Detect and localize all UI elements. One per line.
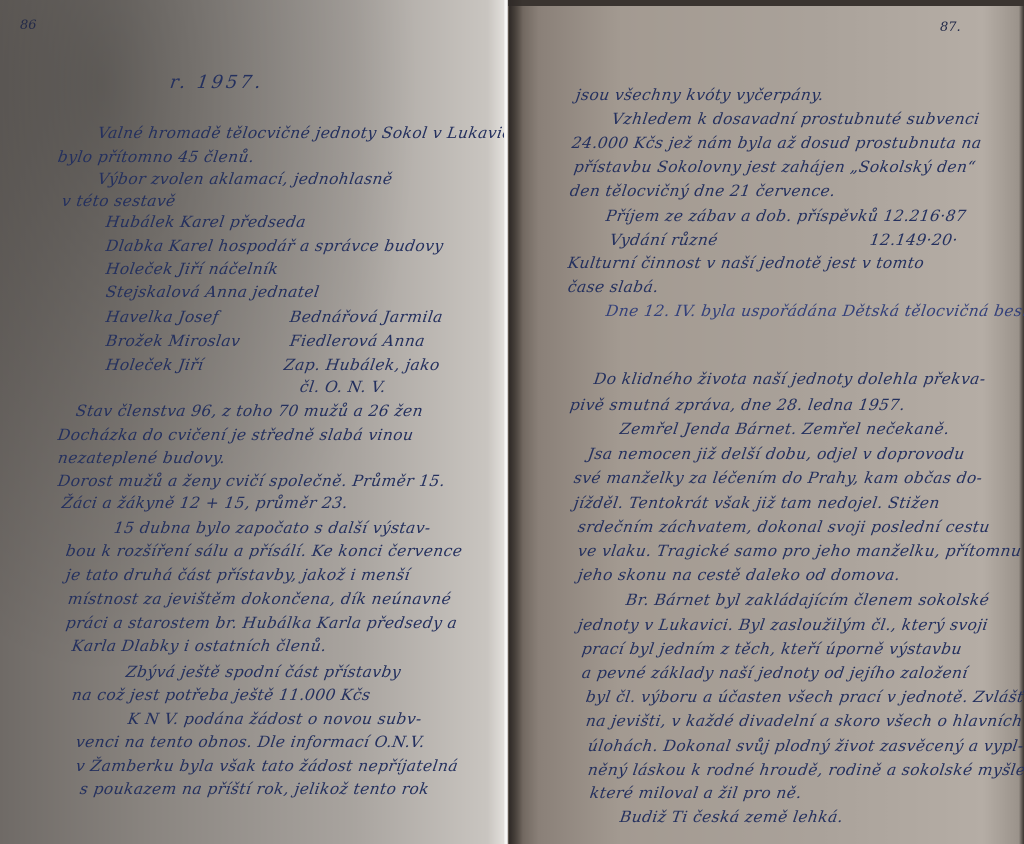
- handwritten-line: prací byl jedním z těch, kteří úporně vý…: [581, 640, 964, 658]
- handwritten-line: den tělocvičný dne 21 července.: [569, 182, 837, 200]
- handwritten-line: přístavbu Sokolovny jest zahájen „Sokols…: [573, 158, 977, 176]
- handwritten-line: Kulturní činnost v naší jednotě jest v t…: [567, 254, 926, 272]
- handwritten-line: Stav členstva 96, z toho 70 mužů a 26 že…: [75, 402, 425, 420]
- handwritten-line: a pevné základy naší jednoty od jejího z…: [581, 664, 969, 682]
- committee-member: Holeček Jiří: [105, 356, 205, 374]
- handwritten-line: Žáci a žákyně 12 + 15, průměr 23.: [61, 494, 349, 512]
- handwritten-line: bou k rozšíření sálu a přísálí. Ke konci…: [65, 542, 464, 560]
- committee-member: Bednářová Jarmila: [289, 308, 444, 326]
- handwritten-line: jížděl. Tentokrát však již tam nedojel. …: [573, 494, 941, 512]
- committee-member: Dlabka Karel hospodář a správce budovy: [105, 237, 445, 255]
- handwritten-line: Dorost mužů a ženy cvičí společně. Průmě…: [57, 472, 447, 490]
- handwritten-line: srdečním záchvatem, dokonal svoji posled…: [577, 518, 991, 536]
- handwritten-line: Do klidného života naší jednoty dolehla …: [593, 370, 987, 388]
- handwritten-line: v Žamberku byla však tato žádost nepříja…: [75, 757, 460, 775]
- handwritten-line: je tato druhá část přístavby, jakož i me…: [65, 566, 412, 584]
- handwritten-line: na jevišti, v každé divadelní a skoro vš…: [585, 712, 1024, 730]
- committee-member: Stejskalová Anna jednatel: [105, 283, 321, 301]
- notebook-spread: 86 r. 1957. Valné hromadě tělocvičné jed…: [0, 0, 1024, 844]
- handwritten-line: Br. Bárnet byl zakládajícím členem sokol…: [625, 591, 991, 609]
- committee-member: Havelka Josef: [105, 308, 220, 326]
- handwritten-line: Docházka do cvičení je středně slabá vin…: [57, 426, 415, 444]
- page-number-right: 87.: [940, 20, 961, 35]
- handwritten-line: v této sestavě: [61, 192, 177, 210]
- handwritten-line: s poukazem na příští rok, jelikož tento …: [79, 780, 431, 798]
- committee-member: Fiedlerová Anna: [289, 332, 427, 350]
- page-number-left: 86: [20, 18, 37, 33]
- handwritten-line: nezateplené budovy.: [57, 449, 227, 467]
- committee-member: Brožek Miroslav: [105, 332, 242, 350]
- handwritten-line: jeho skonu na cestě daleko od domova.: [577, 566, 902, 584]
- handwritten-line: Zemřel Jenda Bárnet. Zemřel nečekaně.: [619, 420, 951, 438]
- handwritten-line: Jsa nemocen již delší dobu, odjel v dopr…: [587, 445, 966, 463]
- committee-member: Holeček Jiří náčelník: [105, 260, 280, 278]
- page-gutter-shadow: [509, 0, 523, 844]
- handwritten-line: Karla Dlabky i ostatních členů.: [71, 637, 328, 655]
- handwritten-line: Valné hromadě tělocvičné jednoty Sokol v…: [97, 124, 508, 142]
- expenses-label: Vydání různé: [609, 231, 719, 249]
- handwritten-line: Vzhledem k dosavadní prostubnuté subvenc…: [611, 110, 981, 128]
- handwritten-line: na což jest potřeba ještě 11.000 Kčs: [71, 686, 372, 704]
- handwritten-line: své manželky za léčením do Prahy, kam ob…: [573, 469, 984, 487]
- handwritten-line: jsou všechny kvóty vyčerpány.: [575, 86, 825, 104]
- left-page: 86 r. 1957. Valné hromadě tělocvičné jed…: [0, 0, 508, 844]
- handwritten-line: úlohách. Dokonal svůj plodný život zasvě…: [587, 737, 1024, 755]
- committee-member: Zap. Hubálek, jako: [283, 356, 441, 374]
- handwritten-line: K N V. podána žádost o novou subv-: [127, 710, 423, 728]
- handwritten-line: něný láskou k rodné hroudě, rodině a sok…: [587, 761, 1024, 779]
- handwritten-line: jednoty v Lukavici. Byl zasloužilým čl.,…: [577, 616, 989, 634]
- income-line: Příjem ze zábav a dob. příspěvků 12.216·…: [605, 207, 968, 225]
- handwritten-line: ve vlaku. Tragické samo pro jeho manželk…: [577, 542, 1023, 560]
- handwritten-line: 15 dubna bylo započato s další výstav-: [113, 519, 432, 537]
- right-page: 87. jsou všechny kvóty vyčerpány. Vzhled…: [508, 0, 1024, 844]
- handwritten-line: čase slabá.: [567, 278, 660, 296]
- expenses-amount: 12.149·20·: [869, 231, 959, 249]
- handwritten-line: pivě smutná zpráva, dne 28. ledna 1957.: [569, 396, 907, 414]
- handwritten-line: práci a starostem br. Hubálka Karla před…: [65, 614, 459, 632]
- handwritten-line: Dne 12. IV. byla uspořádána Dětská těloc…: [605, 302, 1024, 320]
- committee-member: Hubálek Karel předseda: [105, 213, 307, 231]
- handwritten-line: byl čl. výboru a účasten všech prací v j…: [585, 688, 1024, 706]
- handwritten-line: které miloval a žil pro ně.: [589, 784, 803, 802]
- handwritten-line: místnost za jevištěm dokončena, dík neún…: [67, 590, 453, 608]
- closing-line: Budiž Ti česká země lehká.: [619, 808, 845, 826]
- handwritten-line: Zbývá ještě spodní část přístavby: [125, 663, 403, 681]
- handwritten-line: Výbor zvolen aklamací, jednohlasně: [97, 170, 394, 188]
- year-heading: r. 1957.: [169, 72, 266, 93]
- committee-member: čl. O. N. V.: [299, 378, 387, 396]
- handwritten-line: 24.000 Kčs jež nám byla až dosud prostub…: [571, 134, 983, 152]
- handwritten-line: venci na tento obnos. Dle informací O.N.…: [75, 733, 426, 751]
- handwritten-line: bylo přítomno 45 členů.: [57, 148, 256, 166]
